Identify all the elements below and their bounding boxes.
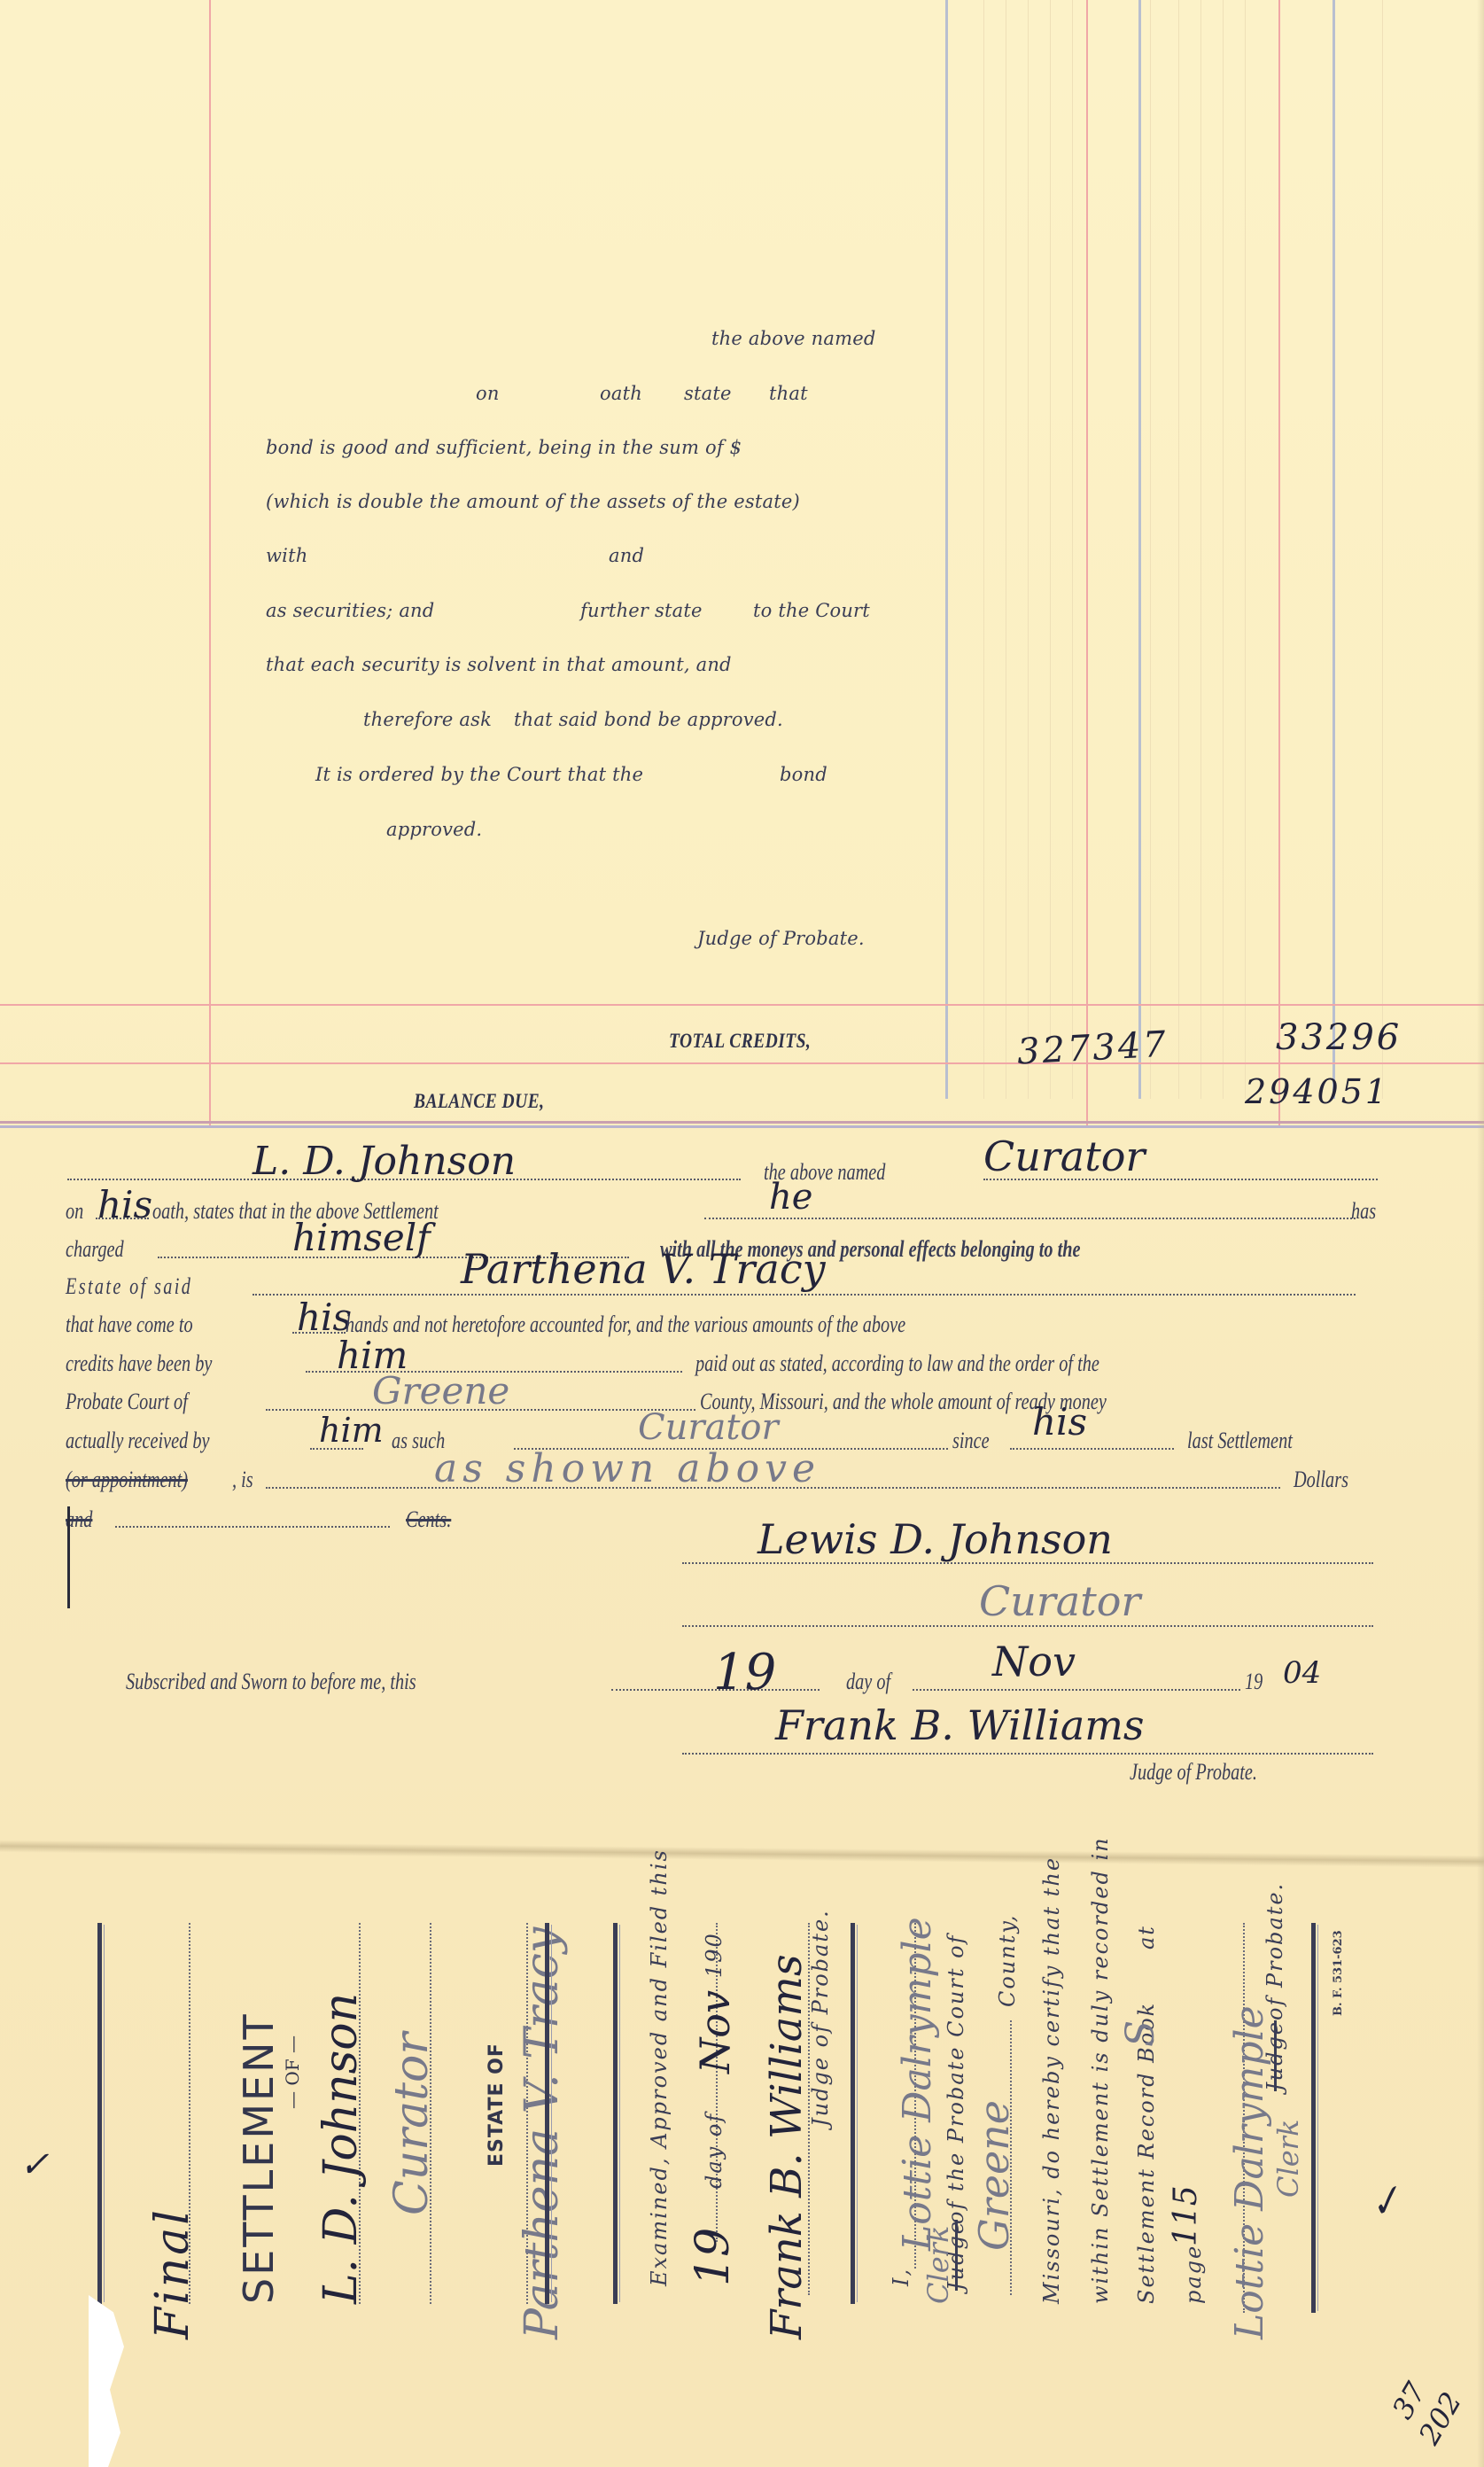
column-rule-cents-1: [1086, 0, 1088, 1125]
bond-text: that each security is solvent in that am…: [266, 654, 732, 675]
filed-month: Nov: [691, 1990, 739, 2074]
faint-rule: [1028, 0, 1029, 1099]
docket-curator-role: Curator: [385, 2033, 439, 2215]
document-page: the above named on oath state that bond …: [0, 0, 1484, 2467]
column-rule-2: [1138, 0, 1141, 1099]
cert-i: I,: [889, 2268, 913, 2286]
faint-rule: [1382, 0, 1383, 1099]
his-handwritten-3: his: [1032, 1400, 1087, 1444]
docket-estate-name: Parthena V. Tracy: [516, 1927, 569, 2339]
probate-court-of-text: Probate Court of: [66, 1389, 188, 1415]
he-handwritten: he: [769, 1177, 812, 1218]
hands-rest-text: hands and not heretofore accounted for, …: [346, 1311, 905, 1338]
ledger-double-rule: [0, 1121, 1484, 1124]
total-credits-value-1: 327347: [1016, 1024, 1169, 1073]
cert-at: at: [1134, 1925, 1159, 1949]
day-of-text: day of: [846, 1669, 890, 1695]
total-credits-label: TOTAL CREDITS,: [669, 1030, 811, 1053]
month-line: [913, 1689, 1240, 1691]
cert-clerk-name: Lottie Dalrymple: [895, 1917, 940, 2251]
faint-rule: [1006, 0, 1006, 1099]
total-credits-value-2: 33296: [1276, 1017, 1402, 1058]
docket-rule: [97, 1923, 102, 2304]
him-handwritten-2: him: [319, 1411, 384, 1450]
balance-due-label: BALANCE DUE,: [414, 1090, 544, 1113]
curator-title-signature: Curator: [979, 1577, 1140, 1625]
or-appointment-text: (or appointment): [66, 1467, 188, 1493]
sworn-label: Subscribed and Sworn to before me, this: [126, 1669, 416, 1695]
paid-out-text: paid out as stated, according to law and…: [695, 1350, 1099, 1377]
curator-signature: Lewis D. Johnson: [758, 1515, 1113, 1563]
curator-handwritten-2: Curator: [638, 1407, 779, 1448]
docket-final: Final: [146, 2207, 199, 2339]
charged-text: charged: [66, 1236, 124, 1263]
cert-sign-title: Clerk: [1271, 2120, 1305, 2198]
column-rule-3: [1332, 0, 1335, 1099]
have-come-text: that have come to: [66, 1311, 193, 1338]
sworn-month: Nov: [992, 1638, 1076, 1685]
cert-page-value: 115: [1168, 2185, 1204, 2246]
docket-of: — OF —: [282, 2035, 303, 2109]
faint-rule: [1050, 0, 1051, 1099]
bond-text: therefore ask: [363, 709, 492, 730]
judge-signature: Frank B. Williams: [775, 1701, 1144, 1749]
estate-of-said-text: Estate of said: [66, 1273, 192, 1300]
filed-day: 19: [687, 2228, 740, 2286]
docket-curator-name: L. D. Johnson: [315, 1993, 368, 2304]
bond-text: oath: [600, 383, 642, 404]
amount-handwritten: as shown above: [434, 1446, 820, 1491]
cert-sign-rest: of Probate.: [1263, 1882, 1287, 2020]
judge-title: Judge of Probate.: [1130, 1759, 1257, 1786]
blank-line: [253, 1294, 1356, 1296]
docket-estate-of: ESTATE OF: [486, 2043, 508, 2167]
credits-by-text: credits have been by: [66, 1350, 212, 1377]
is-text: , is: [232, 1467, 253, 1493]
bond-text: (which is double the amount of the asset…: [266, 491, 800, 512]
sworn-day: 19: [713, 1644, 776, 1701]
bond-text: It is ordered by the Court that the: [315, 764, 643, 785]
check-mark-2: ✓: [1362, 2175, 1408, 2230]
column-rule-1: [945, 0, 948, 1099]
bond-text: further state: [580, 600, 703, 621]
ledger-rule: [0, 1004, 1484, 1006]
on-text: on: [66, 1198, 83, 1225]
county-handwritten: Greene: [372, 1369, 509, 1412]
estate-name-handwritten: Parthena V. Tracy: [461, 1245, 826, 1293]
filed-day-of: day of: [702, 2113, 726, 2189]
faint-rule: [1178, 0, 1179, 1099]
bond-text: and: [609, 545, 644, 566]
himself-handwritten: himself: [292, 1216, 431, 1259]
paper-edge: [1477, 0, 1484, 2467]
received-by-text: actually received by: [66, 1428, 210, 1454]
docket-settlement-title: SETTLEMENT: [235, 2012, 283, 2304]
dollars-text: Dollars: [1294, 1467, 1348, 1493]
cert-clerk: Clerk: [921, 2226, 955, 2304]
ledger-rule: [0, 1062, 1484, 1064]
cert-county-label: County,: [995, 1914, 1020, 2007]
cert-county-handwritten: Greene: [970, 2100, 1018, 2251]
docket-rule: [1311, 1923, 1316, 2313]
last-settlement-text: last Settlement: [1187, 1428, 1293, 1454]
final-handwritten: Final: [146, 2207, 199, 2339]
fold-crease: [0, 1840, 1484, 1868]
sworn-year: 04: [1283, 1655, 1321, 1691]
judge-signature-line: [682, 1753, 1373, 1755]
judge-of-probate-label: Judge of Probate.: [697, 928, 865, 949]
faint-rule: [1072, 0, 1073, 1099]
docket-rule: [851, 1923, 855, 2304]
bracket-mark: [67, 1506, 70, 1608]
filed-judge-signature: Frank B. Williams: [762, 1954, 812, 2339]
bond-text: approved.: [386, 819, 482, 840]
since-text: since: [952, 1428, 990, 1454]
curator-name-handwritten: L. D. Johnson: [253, 1139, 516, 1184]
bond-text: on: [476, 383, 500, 404]
blank-line: [115, 1526, 390, 1528]
filed-judge-title: Judge of Probate.: [808, 1909, 833, 2127]
column-rule-cents-2: [1278, 0, 1280, 1125]
faint-rule: [1200, 0, 1201, 1099]
year-prefix: 19: [1245, 1669, 1263, 1695]
bond-text: the above named: [711, 328, 875, 349]
bond-text: as securities; and: [266, 600, 434, 621]
his-handwritten-2: his: [297, 1296, 352, 1339]
cert-line-2: Missouri, do hereby certify that the: [1039, 1856, 1064, 2304]
bond-text: that said bond be approved.: [514, 709, 783, 730]
blank-line: [96, 1218, 149, 1219]
cents-text: Cents.: [406, 1506, 451, 1533]
bond-text: bond: [780, 764, 827, 785]
filed-label: Examined, Approved and Filed this: [647, 1848, 672, 2286]
check-mark: ✓: [19, 2144, 50, 2185]
cert-of-probate: of the Probate Court of: [944, 1934, 968, 2224]
faint-rule: [1150, 0, 1151, 1099]
torn-corner: [89, 2295, 124, 2467]
bond-text: state: [684, 383, 732, 404]
bond-text: that: [769, 383, 808, 404]
faint-rule: [983, 0, 984, 1099]
cert-line-3: within Settlement is duly recorded in: [1088, 1836, 1113, 2304]
margin-rule-left: [209, 0, 211, 1125]
bond-text: bond is good and sufficient, being in th…: [266, 437, 742, 458]
docket-rule: [613, 1923, 618, 2304]
filed-year-prefix: 190: [702, 1932, 726, 1978]
faint-rule: [1223, 0, 1224, 1099]
bond-text: to the Court: [753, 600, 870, 621]
has-text: has: [1351, 1198, 1376, 1225]
cert-book: S: [1118, 2020, 1163, 2047]
docket-rule: [545, 1923, 549, 2304]
role-handwritten: Curator: [983, 1132, 1145, 1180]
blank-line: [704, 1218, 1356, 1219]
cert-sign-title-struck: Judge: [1263, 2020, 1287, 2091]
his-handwritten: his: [97, 1183, 152, 1226]
bond-text: with: [266, 545, 307, 566]
balance-due-value: 294051: [1245, 1072, 1389, 1111]
faint-rule: [1245, 0, 1246, 1099]
form-number: B. F. 531-623: [1332, 1930, 1345, 2016]
cert-page: page: [1181, 2245, 1206, 2304]
blank-line: [1010, 1448, 1174, 1450]
title-line: [682, 1625, 1373, 1627]
